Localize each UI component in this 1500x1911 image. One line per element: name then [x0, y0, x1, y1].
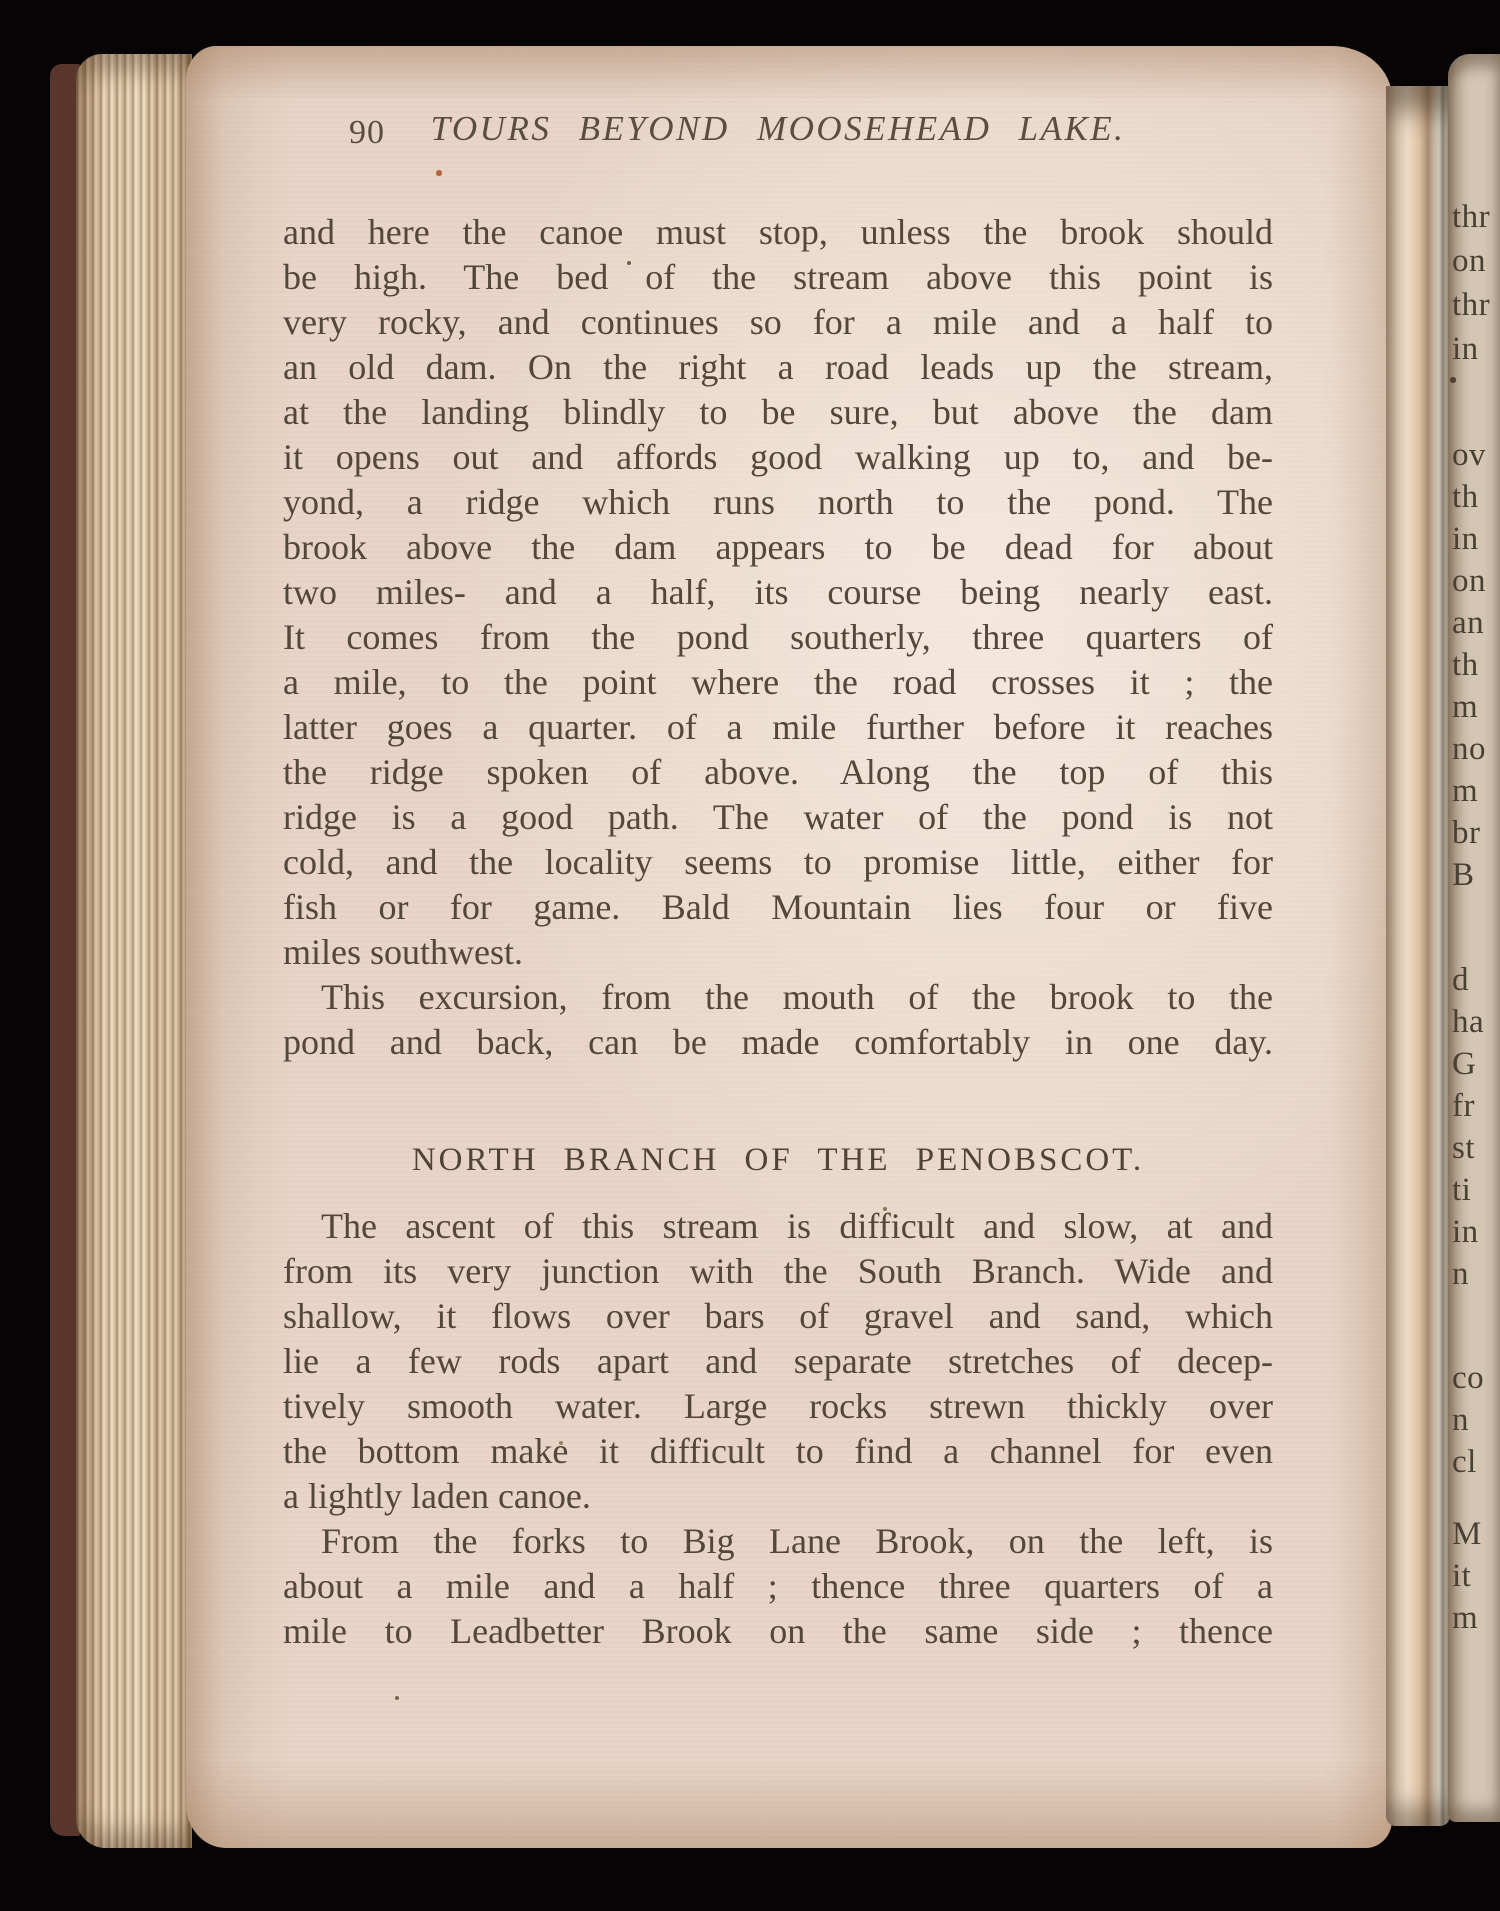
fragment-text-line: co — [1452, 1357, 1500, 1399]
fragment-text-line: n — [1452, 1399, 1500, 1441]
fragment-text-line: it — [1452, 1555, 1500, 1597]
fragment-group: dhaGfrsttiinn — [1452, 959, 1500, 1295]
fragment-text-line: no — [1452, 728, 1500, 770]
text-line: the bottom make it difficult to find a c… — [283, 1429, 1273, 1474]
fragment-text-line: ov — [1452, 434, 1500, 476]
text-line: shallow, it flows over bars of gravel an… — [283, 1294, 1273, 1339]
section-heading: NORTH BRANCH OF THE PENOBSCOT. — [283, 1136, 1273, 1184]
fragment-text-line: m — [1452, 1597, 1500, 1639]
fragment-text-line: br — [1452, 812, 1500, 854]
text-line: ridge is a good path. The water of the p… — [283, 795, 1273, 840]
book-photo: 90 TOURS BEYOND MOOSEHEAD LAKE. and here… — [0, 0, 1500, 1911]
fragment-text-line: th — [1452, 644, 1500, 686]
text-line: from its very junction with the South Br… — [283, 1249, 1273, 1294]
text-line: tively smooth water. Large rocks strewn … — [283, 1384, 1273, 1429]
fragment-text-line: n — [1452, 1253, 1500, 1295]
text-line: be high. The bed of the stream above thi… — [283, 255, 1273, 300]
fragment-group: ovthinonanthmnombrB — [1452, 434, 1500, 896]
paragraph: and here the canoe must stop, unless the… — [283, 210, 1273, 975]
fragment-text-line: ti — [1452, 1169, 1500, 1211]
page-number: 90 — [349, 111, 385, 155]
fragment-text-line: fr — [1452, 1085, 1500, 1127]
text-line: a mile, to the point where the road cros… — [283, 660, 1273, 705]
text-line: It comes from the pond southerly, three … — [283, 615, 1273, 660]
text-line: an old dam. On the right a road leads up… — [283, 345, 1273, 390]
page-header: 90 TOURS BEYOND MOOSEHEAD LAKE. — [283, 103, 1273, 155]
fragment-text-line: in — [1452, 327, 1500, 371]
fragment-text-line: th — [1452, 476, 1500, 518]
text-line: the ridge spoken of above. Along the top… — [283, 750, 1273, 795]
text-line: at the landing blindly to be sure, but a… — [283, 390, 1273, 435]
text-line: latter goes a quarter. of a mile further… — [283, 705, 1273, 750]
body-text-bottom: The ascent of this stream is difficult a… — [283, 1204, 1273, 1654]
paper-specks — [0, 0, 2, 2]
text-line: pond and back, can be made comfortably i… — [283, 1020, 1273, 1065]
fragment-group: thronthrin — [1452, 195, 1500, 371]
text-line: yond, a ridge which runs north to the po… — [283, 480, 1273, 525]
text-line: lie a few rods apart and separate stretc… — [283, 1339, 1273, 1384]
text-line: miles southwest. — [283, 930, 1273, 975]
fragment-text-line: thr — [1452, 283, 1500, 327]
text-line: This excursion, from the mouth of the br… — [283, 975, 1273, 1020]
fragment-text-line: M — [1452, 1513, 1500, 1555]
text-line: and here the canoe must stop, unless the… — [283, 210, 1273, 255]
fragment-text-line: m — [1452, 686, 1500, 728]
paragraph: From the forks to Big Lane Brook, on the… — [283, 1519, 1273, 1654]
facing-page-sliver: thronthrinovthinonanthmnombrBdhaGfrsttii… — [1448, 54, 1500, 1822]
text-line: about a mile and a half ; thence three q… — [283, 1564, 1273, 1609]
page-gutter-fold — [1386, 86, 1450, 1826]
left-page: 90 TOURS BEYOND MOOSEHEAD LAKE. and here… — [186, 46, 1392, 1848]
fragment-text-line: in — [1452, 518, 1500, 560]
text-line: very rocky, and continues so for a mile … — [283, 300, 1273, 345]
fragment-text-line: on — [1452, 560, 1500, 602]
page-stack-edges — [76, 54, 192, 1848]
fragment-text-line: cl — [1452, 1441, 1500, 1483]
fragment-text-line: an — [1452, 602, 1500, 644]
paragraph: The ascent of this stream is difficult a… — [283, 1204, 1273, 1519]
fragment-text-line: B — [1452, 854, 1500, 896]
body-text-top: and here the canoe must stop, unless the… — [283, 210, 1273, 1065]
fragment-text-line: st — [1452, 1127, 1500, 1169]
fragment-text-line: on — [1452, 239, 1500, 283]
running-title: TOURS BEYOND MOOSEHEAD LAKE. — [283, 103, 1273, 155]
fragment-text-line: ha — [1452, 1001, 1500, 1043]
text-line: mile to Leadbetter Brook on the same sid… — [283, 1609, 1273, 1654]
paragraph: This excursion, from the mouth of the br… — [283, 975, 1273, 1065]
facing-page-text-fragments: thronthrinovthinonanthmnombrBdhaGfrsttii… — [1452, 195, 1500, 1639]
fragment-text-line: in — [1452, 1211, 1500, 1253]
text-line: cold, and the locality seems to promise … — [283, 840, 1273, 885]
fragment-group: concl — [1452, 1357, 1500, 1483]
fragment-text-line: thr — [1452, 195, 1500, 239]
text-line: it opens out and affords good walking up… — [283, 435, 1273, 480]
text-line: The ascent of this stream is difficult a… — [283, 1204, 1273, 1249]
text-line: two miles- and a half, its course being … — [283, 570, 1273, 615]
text-line: brook above the dam appears to be dead f… — [283, 525, 1273, 570]
fragment-group: Mitm — [1452, 1513, 1500, 1639]
text-column: 90 TOURS BEYOND MOOSEHEAD LAKE. and here… — [283, 46, 1273, 1848]
text-line: a lightly laden canoe. — [283, 1474, 1273, 1519]
text-line: From the forks to Big Lane Brook, on the… — [283, 1519, 1273, 1564]
text-line: fish or for game. Bald Mountain lies fou… — [283, 885, 1273, 930]
fragment-text-line: G — [1452, 1043, 1500, 1085]
fragment-text-line: d — [1452, 959, 1500, 1001]
fragment-text-line: m — [1452, 770, 1500, 812]
